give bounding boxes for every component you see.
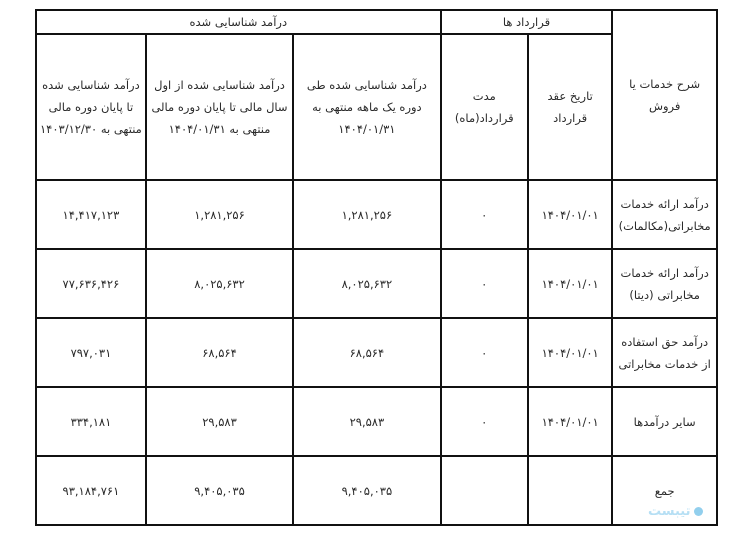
- cell-prev-year-revenue: ۳۳۴,۱۸۱: [36, 387, 146, 456]
- cell-total-contract-date: [528, 456, 612, 525]
- cell-duration: ۰: [441, 318, 528, 387]
- watermark-logo-icon: [694, 507, 703, 516]
- cell-ytd-revenue: ۶۸,۵۶۴: [146, 318, 293, 387]
- cell-ytd-revenue: ۲۹,۵۸۳: [146, 387, 293, 456]
- cell-total-duration: [441, 456, 528, 525]
- cell-duration: ۰: [441, 180, 528, 249]
- recognized-revenue-table: شرح خدمات یا فروش قرارداد ها درآمد شناسا…: [35, 9, 718, 526]
- watermark: تیبست: [648, 504, 703, 519]
- cell-description: سایر درآمدها: [612, 387, 717, 456]
- cell-prev-year-revenue: ۷۹۷,۰۳۱: [36, 318, 146, 387]
- cell-description: درآمد حق استفاده از خدمات مخابراتی: [612, 318, 717, 387]
- header-contract-duration: مدت قرارداد(ماه): [441, 34, 528, 180]
- cell-month-revenue: ۶۸,۵۶۴: [293, 318, 440, 387]
- header-contracts-group: قرارداد ها: [441, 10, 613, 34]
- group-header-row: شرح خدمات یا فروش قرارداد ها درآمد شناسا…: [36, 10, 717, 34]
- watermark-text: تیبست: [648, 504, 691, 519]
- total-row: جمع ۹,۴۰۵,۰۳۵ ۹,۴۰۵,۰۳۵ ۹۳,۱۸۴,۷۶۱: [36, 456, 717, 525]
- cell-description: درآمد ارائه خدمات مخابراتی (دیتا): [612, 249, 717, 318]
- cell-month-revenue: ۸,۰۲۵,۶۳۲: [293, 249, 440, 318]
- cell-prev-year-revenue: ۱۴,۴۱۷,۱۲۳: [36, 180, 146, 249]
- cell-contract-date: ۱۴۰۴/۰۱/۰۱: [528, 318, 612, 387]
- cell-ytd-revenue: ۱,۲۸۱,۲۵۶: [146, 180, 293, 249]
- cell-duration: ۰: [441, 249, 528, 318]
- cell-month-revenue: ۲۹,۵۸۳: [293, 387, 440, 456]
- cell-ytd-revenue: ۸,۰۲۵,۶۳۲: [146, 249, 293, 318]
- header-month-revenue: درآمد شناسایی شده طی دوره یک ماهه منتهی …: [293, 34, 440, 180]
- cell-contract-date: ۱۴۰۴/۰۱/۰۱: [528, 387, 612, 456]
- table-row: درآمد حق استفاده از خدمات مخابراتی ۱۴۰۴/…: [36, 318, 717, 387]
- revenue-table-container: شرح خدمات یا فروش قرارداد ها درآمد شناسا…: [35, 9, 718, 526]
- cell-contract-date: ۱۴۰۴/۰۱/۰۱: [528, 249, 612, 318]
- table-row: درآمد ارائه خدمات مخابراتی(مکالمات) ۱۴۰۴…: [36, 180, 717, 249]
- cell-description: درآمد ارائه خدمات مخابراتی(مکالمات): [612, 180, 717, 249]
- cell-duration: ۰: [441, 387, 528, 456]
- cell-prev-year-revenue: ۷۷,۶۳۶,۴۲۶: [36, 249, 146, 318]
- header-recognized-revenue-group: درآمد شناسایی شده: [36, 10, 441, 34]
- table-row: درآمد ارائه خدمات مخابراتی (دیتا) ۱۴۰۴/۰…: [36, 249, 717, 318]
- header-contract-date: تاریخ عقد قرارداد: [528, 34, 612, 180]
- cell-total-prev-year-revenue: ۹۳,۱۸۴,۷۶۱: [36, 456, 146, 525]
- cell-contract-date: ۱۴۰۴/۰۱/۰۱: [528, 180, 612, 249]
- header-description: شرح خدمات یا فروش: [612, 10, 717, 180]
- cell-month-revenue: ۱,۲۸۱,۲۵۶: [293, 180, 440, 249]
- table-row: سایر درآمدها ۱۴۰۴/۰۱/۰۱ ۰ ۲۹,۵۸۳ ۲۹,۵۸۳ …: [36, 387, 717, 456]
- header-ytd-revenue: درآمد شناسایی شده از اول سال مالی تا پای…: [146, 34, 293, 180]
- cell-total-ytd-revenue: ۹,۴۰۵,۰۳۵: [146, 456, 293, 525]
- cell-total-month-revenue: ۹,۴۰۵,۰۳۵: [293, 456, 440, 525]
- header-prev-year-revenue: درآمد شناسایی شده تا پایان دوره مالی منت…: [36, 34, 146, 180]
